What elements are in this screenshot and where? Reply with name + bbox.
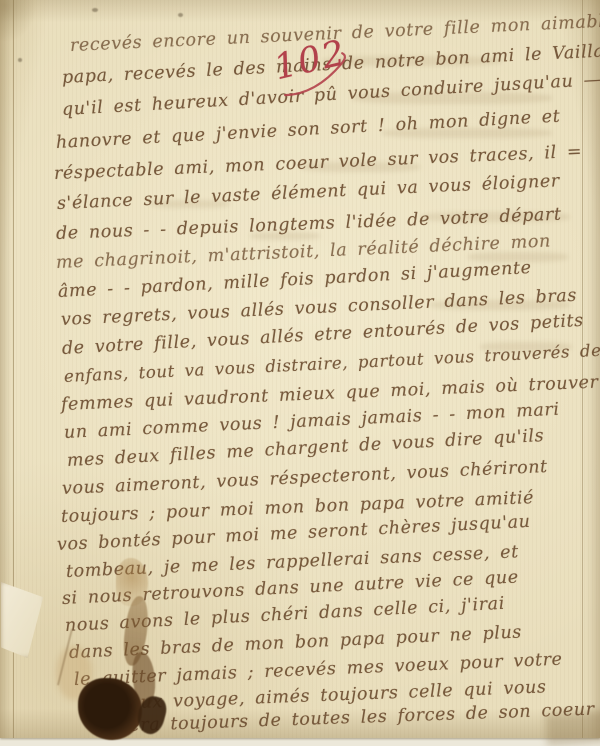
scanned-letter: { "folio": { "number": "102" }, "letter"…	[0, 0, 600, 746]
torn-paper-edge	[1, 582, 45, 658]
paper-speck	[92, 8, 98, 12]
paper-corner-shadow	[0, 0, 52, 60]
paper-speck	[18, 58, 22, 62]
letter-page: recevés encore un souvenir de votre fill…	[0, 0, 600, 738]
ink-stain	[78, 678, 142, 740]
paper-right-edge	[582, 0, 600, 738]
paper-speck	[178, 13, 183, 17]
